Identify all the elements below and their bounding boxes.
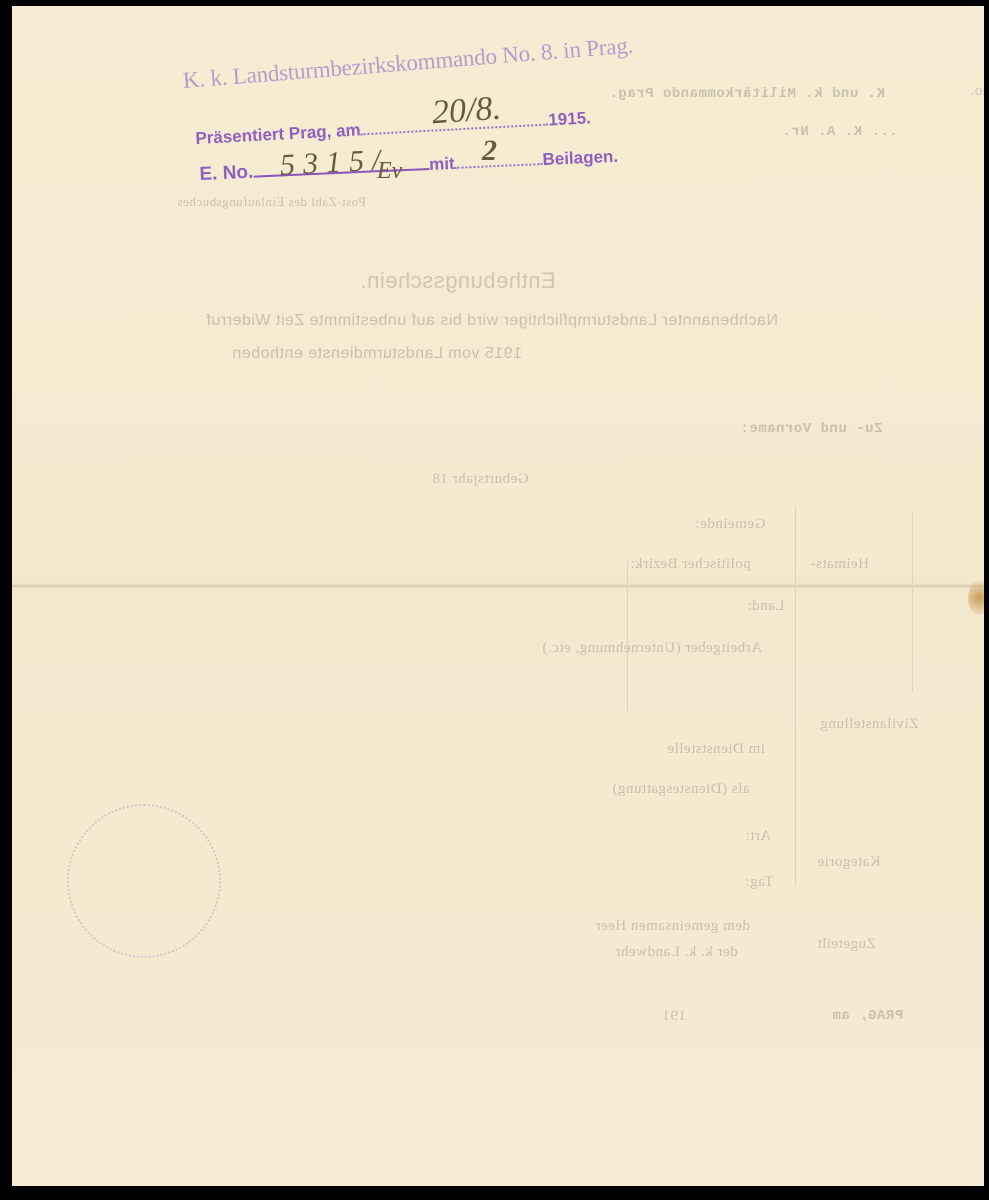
ghost-ka-nr: ... K. A. Nr. [782, 124, 898, 140]
ghost-column-line [627, 561, 628, 711]
stamp-presented-line: Präsentiert Prag, am1915. [195, 107, 591, 149]
paper-stain [968, 581, 984, 615]
ghost-year-prefix: 191 [662, 1008, 686, 1025]
stamp-with-label: mit [429, 154, 455, 174]
ghost-landwehr: der k. k. Landwehr [615, 944, 738, 961]
stamp-entry-line: E. No.mitBeilagen. [199, 146, 618, 186]
stamp-presented-label: Präsentiert Prag, am [195, 120, 361, 148]
ghost-birth-year: Geburtsjahr 18 [432, 471, 529, 488]
ghost-bezirk: politischer Bezirk: [630, 556, 751, 573]
ghost-dienststelle: im Dienststelle [667, 741, 765, 758]
ghost-art: Art: [745, 828, 771, 845]
ghost-gemeinde: Gemeinde: [695, 516, 765, 533]
document-page: Ers. Kmdo. K. und k. Militärkommando Pra… [12, 6, 984, 1186]
attachments-dotted-line [454, 149, 543, 169]
ghost-intro-line1: Nachbenannter Landsturmpflichtiger wird … [72, 312, 912, 330]
fold-line [12, 584, 984, 588]
ghost-employer: Arbeitgeber (Unternehmung, etc.) [542, 640, 762, 657]
handwritten-entry-suffix: Ev [377, 158, 402, 185]
stamp-year: 1915. [548, 108, 591, 129]
stamp-entry-label: E. No. [199, 162, 254, 185]
handwritten-entry-number: 5315/ [279, 143, 389, 183]
ghost-tag: Tag: [745, 874, 773, 891]
ghost-gemeinsames-heer: dem gemeinsamen Heer [595, 918, 750, 935]
ghost-dienstgattung: als (Dienstesgattung) [612, 781, 750, 798]
ghost-land: Land: [747, 598, 785, 615]
stamp-attachments-label: Beilagen. [542, 147, 618, 169]
ghost-military-command: K. und k. Militärkommando Prag. [609, 86, 885, 102]
ghost-bracket-line [795, 506, 796, 886]
ghost-zugeteilt: Zugeteilt [817, 936, 876, 953]
ghost-title: Enthebungsschein. [360, 268, 556, 294]
ghost-place-date: PRAG, am [832, 1008, 903, 1024]
ghost-heimat-label: Heimats- [810, 556, 869, 573]
ghost-name-label: Zu- und Vorname: [740, 421, 882, 437]
handwritten-date: 20/8. [431, 90, 502, 133]
faint-round-seal [67, 804, 221, 958]
handwritten-attachments-count: 2 [482, 134, 497, 168]
ghost-kategorie: Kategorie [817, 854, 881, 871]
ghost-top-right-tail: Ers. Kmdo. [970, 83, 984, 100]
ghost-intro-line2: 1915 vom Landsturmdienste enthoben [232, 345, 522, 363]
ghost-right-line [912, 511, 913, 691]
stamp-header: K. k. Landsturmbezirkskommando No. 8. in… [182, 33, 634, 94]
ghost-post-zahl: Post-Zahl des Einlaufungsbuches [177, 194, 366, 210]
ghost-civil-status: Zivilanstellung [820, 716, 918, 733]
